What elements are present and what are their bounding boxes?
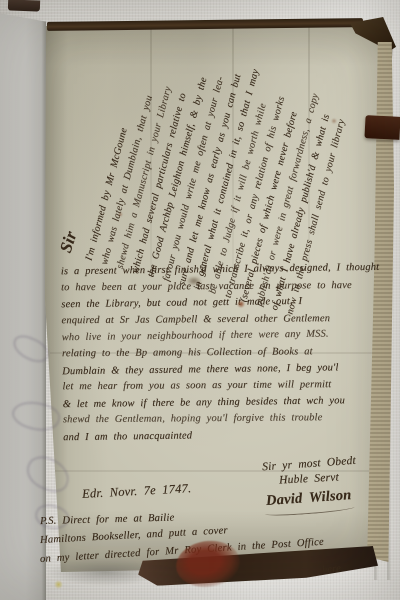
leather-strap [364, 115, 400, 140]
body-text-block: is a present when first finish'd which I… [61, 260, 378, 447]
foxing-spot [331, 118, 337, 124]
foxing-spot [118, 212, 123, 217]
text-line: to have been at your place last vacance … [61, 277, 375, 296]
photo-of-manuscript: Sir I'm informed by Mr McGounewho was la… [0, 0, 400, 600]
ink-blot [186, 276, 202, 286]
text-line: let me hear from you as soon as your tim… [62, 377, 376, 396]
text-line: shewd the Gentleman, hoping you'l forgiv… [63, 410, 377, 429]
foxing-spot [237, 300, 245, 308]
postscript-here: here [322, 563, 342, 576]
foxing-spot [54, 580, 63, 589]
text-line: relating to the Bp among his Collection … [62, 344, 376, 363]
spine-edge [8, 0, 40, 12]
